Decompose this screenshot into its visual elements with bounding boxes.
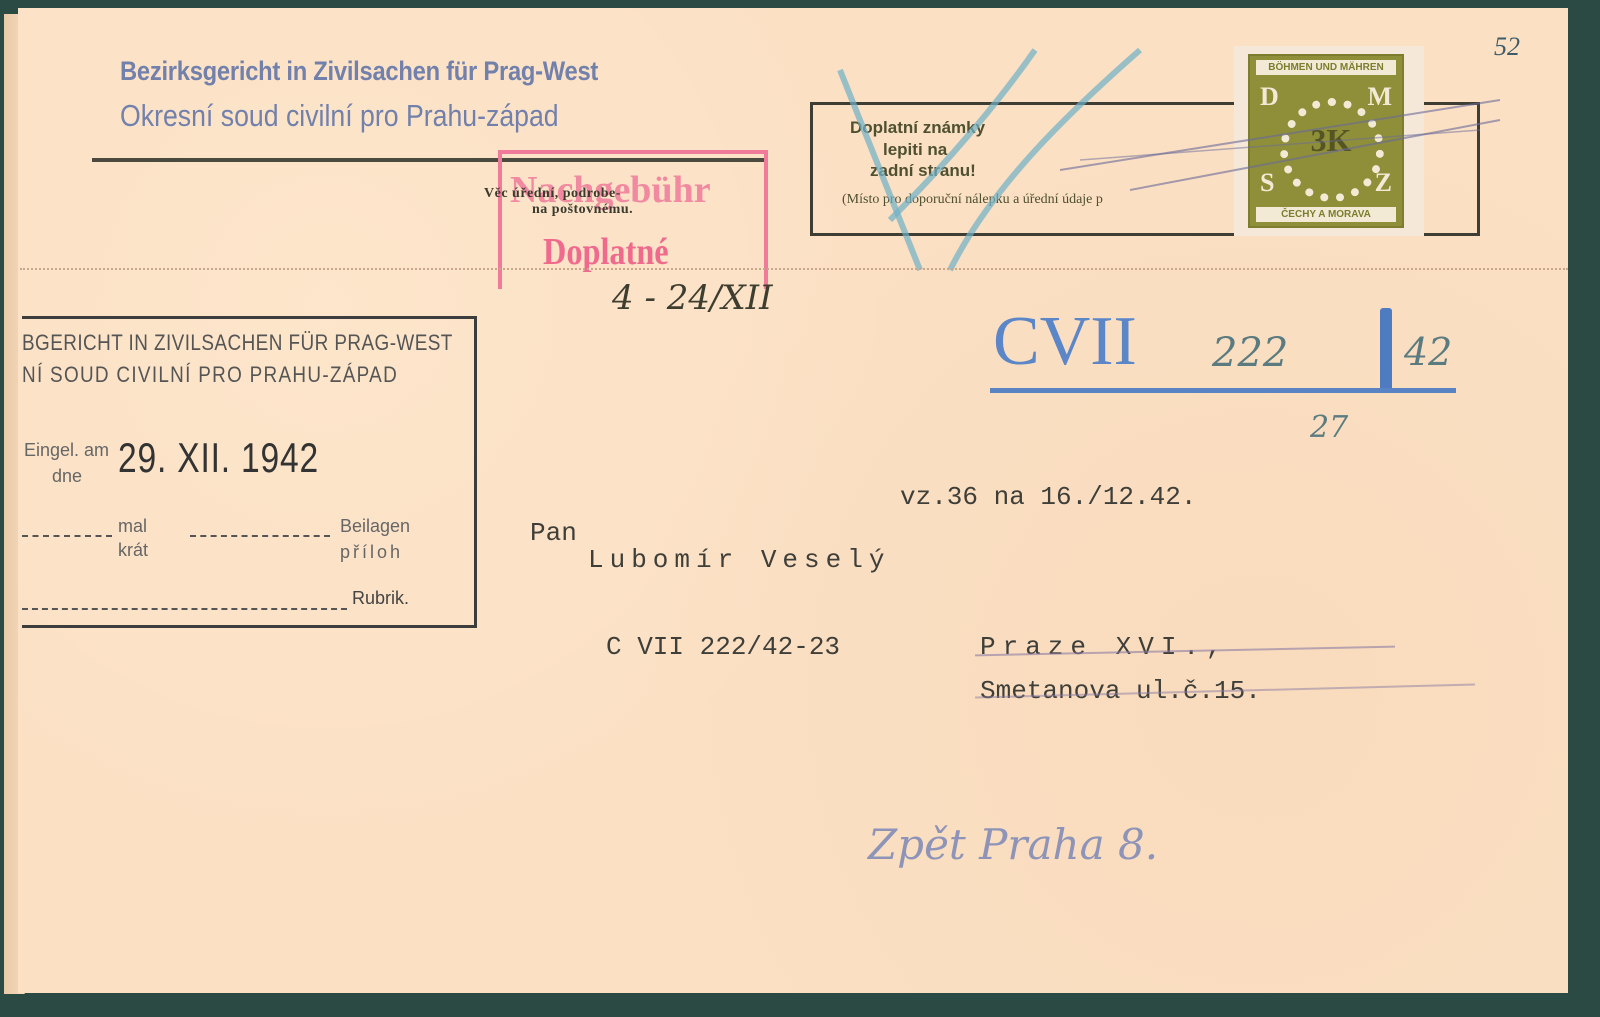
official-matter-line-1: Věc úřední, podrobe-	[484, 186, 621, 202]
attachments-label-de: Beilagen	[340, 516, 410, 537]
pencil-return-note: Zpět Praha 8.	[868, 820, 1158, 869]
received-label-de: Eingel. am	[24, 440, 109, 461]
case-register-stamp: CVII	[993, 302, 1137, 382]
court-name-czech: Okresní soud civilní pro Prahu-západ	[120, 98, 559, 134]
tear-line	[20, 268, 1568, 270]
receipt-stamp-line-1: BGERICHT IN ZIVILSACHEN FÜR PRAG-WEST	[22, 330, 453, 356]
stamp-divider-bar	[1380, 308, 1392, 388]
receipt-stamp-line-2: NÍ SOUD CIVILNÍ PRO PRAHU-ZÁPAD	[22, 362, 398, 388]
letter-reference: vz.36 na 16./12.42.	[900, 482, 1196, 512]
stamp-bottom-text: ČECHY A MORAVA	[1256, 207, 1396, 222]
handwritten-case-sub: 27	[1310, 410, 1348, 445]
received-label-cz: dne	[52, 466, 82, 487]
stamp-top-text: BÖHMEN UND MÄHREN	[1256, 60, 1396, 75]
recipient-city: Praze XVI.,	[980, 632, 1229, 662]
recipient-name: Lubomír Veselý	[588, 545, 890, 575]
times-label-cz: krát	[118, 540, 148, 561]
attachments-label-cz: příloh	[340, 542, 403, 563]
court-name-german: Bezirksgericht in Zivilsachen für Prag-W…	[120, 56, 598, 87]
times-label-de: mal	[118, 516, 147, 537]
official-matter-line-2: na poštovnému.	[532, 202, 633, 218]
case-reference: C VII 222/42-23	[606, 632, 840, 662]
handwritten-case-year: 42	[1404, 330, 1452, 374]
salutation: Pan	[530, 518, 577, 548]
handwritten-case-number: 222	[1212, 330, 1288, 376]
case-stamp-rule	[990, 388, 1456, 393]
receipt-date: 29. XII. 1942	[118, 434, 319, 482]
rubric-label: Rubrik.	[352, 588, 409, 609]
pencil-cancel-lines-icon	[1060, 90, 1510, 200]
handwritten-date-note: 4 - 24/XII	[612, 278, 773, 318]
page-number: 52	[1494, 32, 1520, 62]
